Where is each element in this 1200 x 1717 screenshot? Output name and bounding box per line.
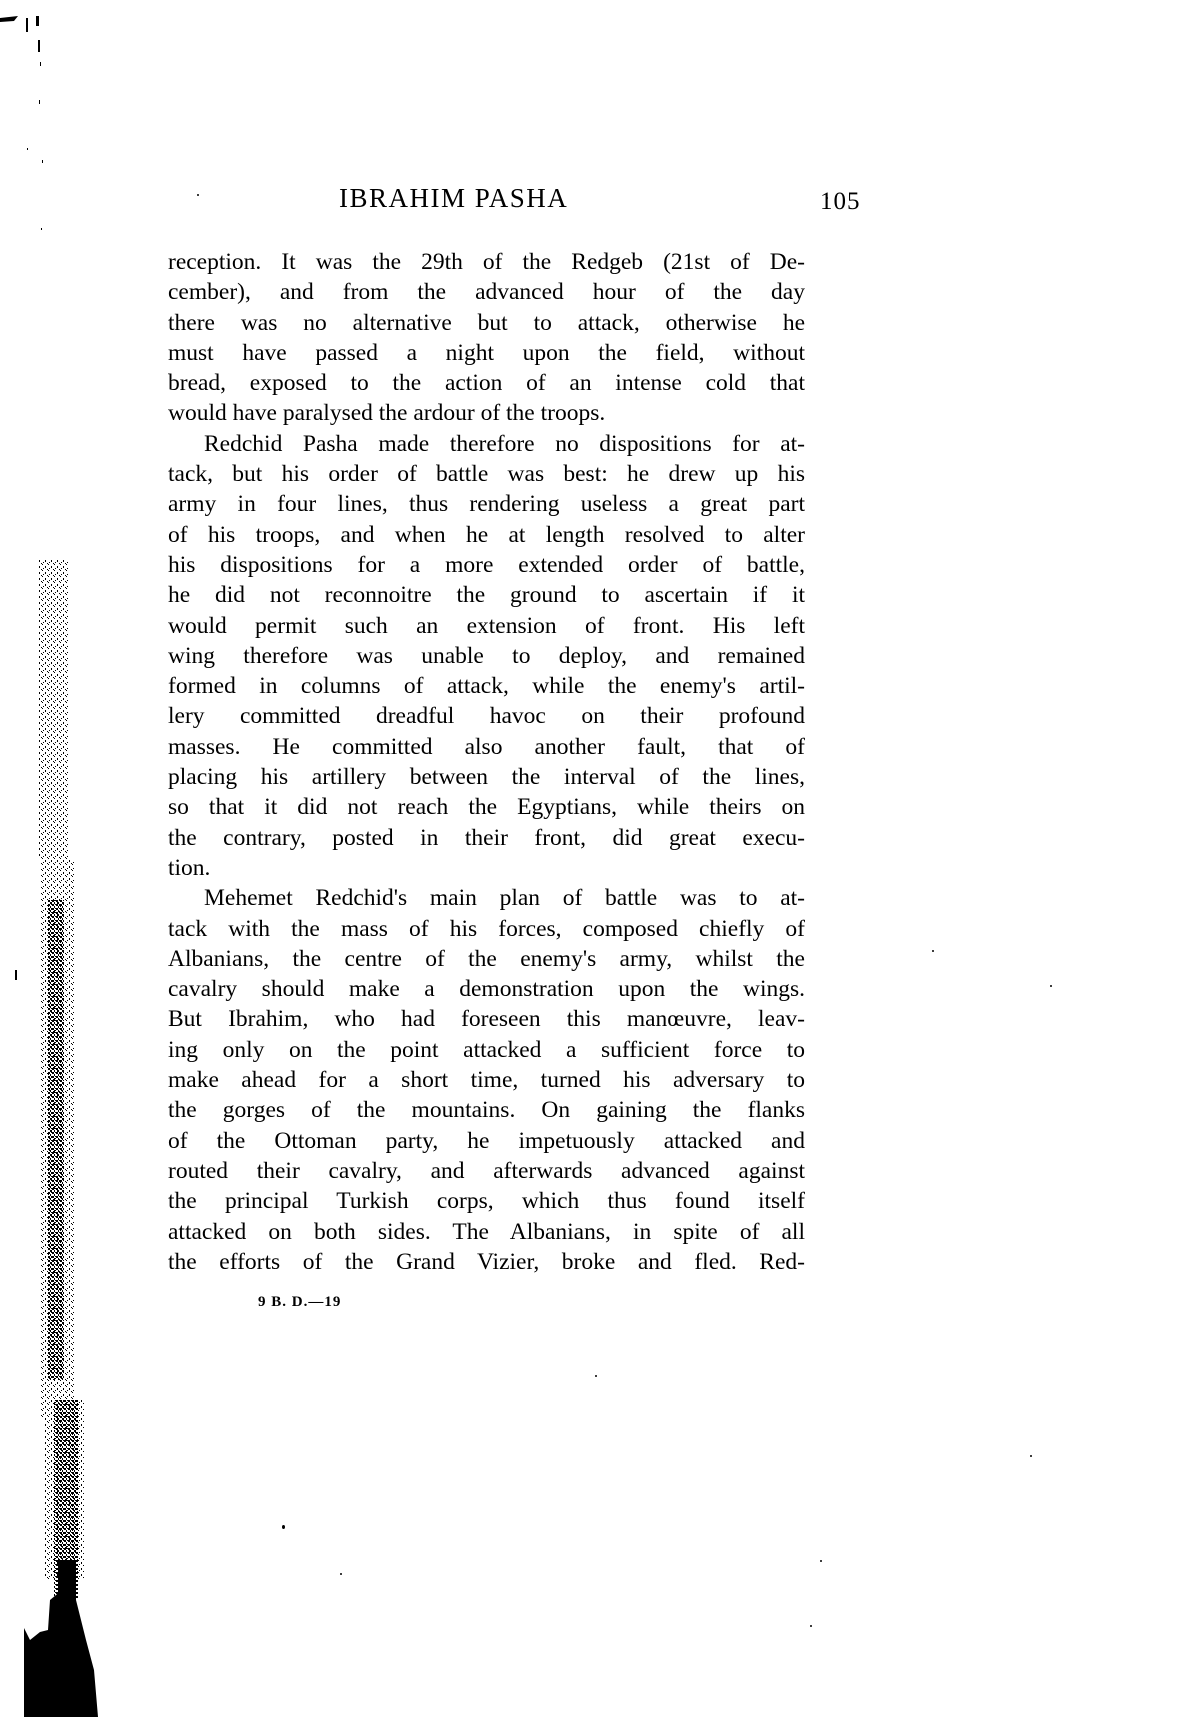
book-page: IBRAHIM PASHA 105 reception. It was the … [168, 180, 808, 230]
text-line: would have paralysed the ardour of the t… [168, 398, 805, 428]
text-line: tion. [168, 853, 805, 883]
paragraph: Mehemet Redchid's main plan of battle wa… [168, 883, 805, 1277]
text-line: so that it did not reach the Egyptians, … [168, 792, 805, 822]
text-line: would permit such an extension of front.… [168, 611, 805, 641]
text-line: placing his artillery between the interv… [168, 762, 805, 792]
body-text: reception. It was the 29th of the Redgeb… [168, 247, 805, 1277]
paragraph: Redchid Pasha made therefore no disposit… [168, 429, 805, 883]
signature-mark: 9 B. D.—19 [258, 1294, 341, 1311]
text-line: masses. He committed also another fault,… [168, 732, 805, 762]
text-line: reception. It was the 29th of the Redgeb… [168, 247, 805, 277]
running-head: IBRAHIM PASHA 105 [168, 180, 808, 230]
text-line: must have passed a night upon the field,… [168, 338, 805, 368]
text-line: of the Ottoman party, he impetuously att… [168, 1126, 805, 1156]
text-line: formed in columns of attack, while the e… [168, 671, 805, 701]
text-line: there was no alternative but to attack, … [168, 308, 805, 338]
text-line: attacked on both sides. The Albanians, i… [168, 1217, 805, 1247]
text-line: cember), and from the advanced hour of t… [168, 277, 805, 307]
text-line: lery committed dreadful havoc on their p… [168, 701, 805, 731]
text-line: ing only on the point attacked a suffici… [168, 1035, 805, 1065]
text-line: army in four lines, thus rendering usele… [168, 489, 805, 519]
text-line: routed their cavalry, and afterwards adv… [168, 1156, 805, 1186]
text-line: Redchid Pasha made therefore no disposit… [168, 429, 805, 459]
text-line: the principal Turkish corps, which thus … [168, 1186, 805, 1216]
text-line: his dispositions for a more extended ord… [168, 550, 805, 580]
text-line: he did not reconnoitre the ground to asc… [168, 580, 805, 610]
text-line: But Ibrahim, who had foreseen this manœu… [168, 1004, 805, 1034]
text-line: the contrary, posted in their front, did… [168, 823, 805, 853]
text-line: the efforts of the Grand Vizier, broke a… [168, 1247, 805, 1277]
running-title: IBRAHIM PASHA [339, 180, 568, 216]
text-line: make ahead for a short time, turned his … [168, 1065, 805, 1095]
text-line: Albanians, the centre of the enemy's arm… [168, 944, 805, 974]
text-line: the gorges of the mountains. On gaining … [168, 1095, 805, 1125]
text-line: Mehemet Redchid's main plan of battle wa… [168, 883, 805, 913]
text-line: wing therefore was unable to deploy, and… [168, 641, 805, 671]
text-line: tack with the mass of his forces, compos… [168, 914, 805, 944]
text-line: bread, exposed to the action of an inten… [168, 368, 805, 398]
paragraph: reception. It was the 29th of the Redgeb… [168, 247, 805, 429]
page-number: 105 [820, 184, 861, 220]
scan-gutter-shadow [0, 0, 110, 1717]
text-line: of his troops, and when he at length res… [168, 520, 805, 550]
text-line: tack, but his order of battle was best: … [168, 459, 805, 489]
text-line: cavalry should make a demonstration upon… [168, 974, 805, 1004]
